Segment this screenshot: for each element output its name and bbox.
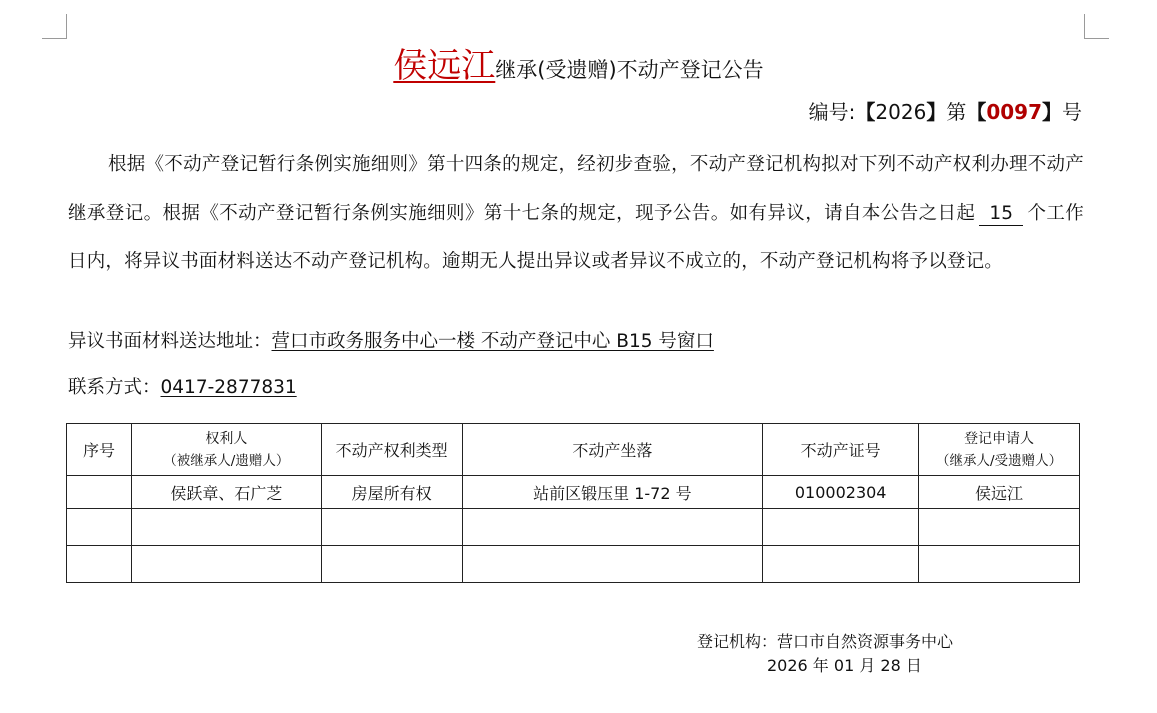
- document-number: 编号:【2026】第【0097】号: [809, 96, 1082, 125]
- header-right-type: 不动产权利类型: [321, 424, 462, 476]
- bracket-open: 【: [966, 100, 986, 124]
- cell-index: [67, 546, 132, 583]
- doc-number-mid: 第: [946, 100, 966, 124]
- cell-cert-number: 010002304: [763, 476, 919, 509]
- cell-cert-number: [763, 509, 919, 546]
- cell-location: 站前区锻压里 1-72 号: [462, 476, 763, 509]
- doc-number-serial: 0097: [986, 100, 1042, 124]
- registration-org: 登记机构：营口市自然资源事务中心: [697, 630, 953, 654]
- cell-right-holder: [131, 509, 321, 546]
- property-table: 序号 权利人（被继承人/遗赠人） 不动产权利类型 不动产坐落 不动产证号 登记申…: [66, 423, 1080, 583]
- address-label: 异议书面材料送达地址：: [68, 331, 272, 352]
- header-index: 序号: [67, 424, 132, 476]
- cell-location: [462, 546, 763, 583]
- bracket-open: 【: [855, 100, 875, 124]
- bracket-close: 】: [926, 100, 946, 124]
- cell-applicant: 侯远江: [919, 476, 1080, 509]
- header-applicant: 登记申请人（继承人/受遗赠人）: [919, 424, 1080, 476]
- objection-address: 异议书面材料送达地址：营口市政务服务中心一楼 不动产登记中心 B15 号窗口: [68, 327, 714, 353]
- cell-right-type: [321, 546, 462, 583]
- cell-right-type: [321, 509, 462, 546]
- cell-right-holder: [131, 546, 321, 583]
- signature-block: 登记机构：营口市自然资源事务中心 2026 年 01 月 28 日: [697, 630, 953, 678]
- table-header-row: 序号 权利人（被继承人/遗赠人） 不动产权利类型 不动产坐落 不动产证号 登记申…: [67, 424, 1080, 476]
- cell-index: [67, 509, 132, 546]
- title-applicant-name: 侯远江: [393, 46, 495, 86]
- objection-days: 15: [979, 203, 1023, 226]
- table-row: [67, 509, 1080, 546]
- cell-index: [67, 476, 132, 509]
- document-title: 侯远江继承(受遗赠)不动产登记公告: [0, 38, 1157, 87]
- crop-mark-top-right: [1084, 14, 1109, 39]
- header-cert-number: 不动产证号: [763, 424, 919, 476]
- header-right-holder: 权利人（被继承人/遗赠人）: [131, 424, 321, 476]
- header-location: 不动产坐落: [462, 424, 763, 476]
- announcement-body: 根据《不动产登记暂行条例实施细则》第十四条的规定，经初步查验，不动产登记机构拟对…: [68, 141, 1084, 287]
- cell-right-holder: 侯跃章、石广芝: [131, 476, 321, 509]
- contact-info: 联系方式：0417-2877831: [68, 373, 297, 399]
- bracket-close: 】: [1042, 100, 1062, 124]
- contact-value: 0417-2877831: [161, 377, 297, 398]
- address-value: 营口市政务服务中心一楼 不动产登记中心 B15 号窗口: [272, 331, 714, 352]
- doc-number-suffix: 号: [1062, 100, 1082, 124]
- cell-right-type: 房屋所有权: [321, 476, 462, 509]
- table-row: [67, 546, 1080, 583]
- org-name: 营口市自然资源事务中心: [777, 632, 953, 651]
- cell-location: [462, 509, 763, 546]
- title-text: 继承(受遗赠)不动产登记公告: [495, 58, 763, 82]
- table-row: 侯跃章、石广芝 房屋所有权 站前区锻压里 1-72 号 010002304 侯远…: [67, 476, 1080, 509]
- doc-number-year: 2026: [875, 100, 926, 124]
- body-text-part1: 根据《不动产登记暂行条例实施细则》第十四条的规定，经初步查验，不动产登记机构拟对…: [68, 154, 1084, 224]
- cell-cert-number: [763, 546, 919, 583]
- crop-mark-top-left: [42, 14, 67, 39]
- contact-label: 联系方式：: [68, 377, 161, 398]
- cell-applicant: [919, 546, 1080, 583]
- org-label: 登记机构：: [697, 632, 777, 651]
- announcement-date: 2026 年 01 月 28 日: [697, 654, 953, 678]
- cell-applicant: [919, 509, 1080, 546]
- doc-number-prefix: 编号:: [809, 100, 856, 124]
